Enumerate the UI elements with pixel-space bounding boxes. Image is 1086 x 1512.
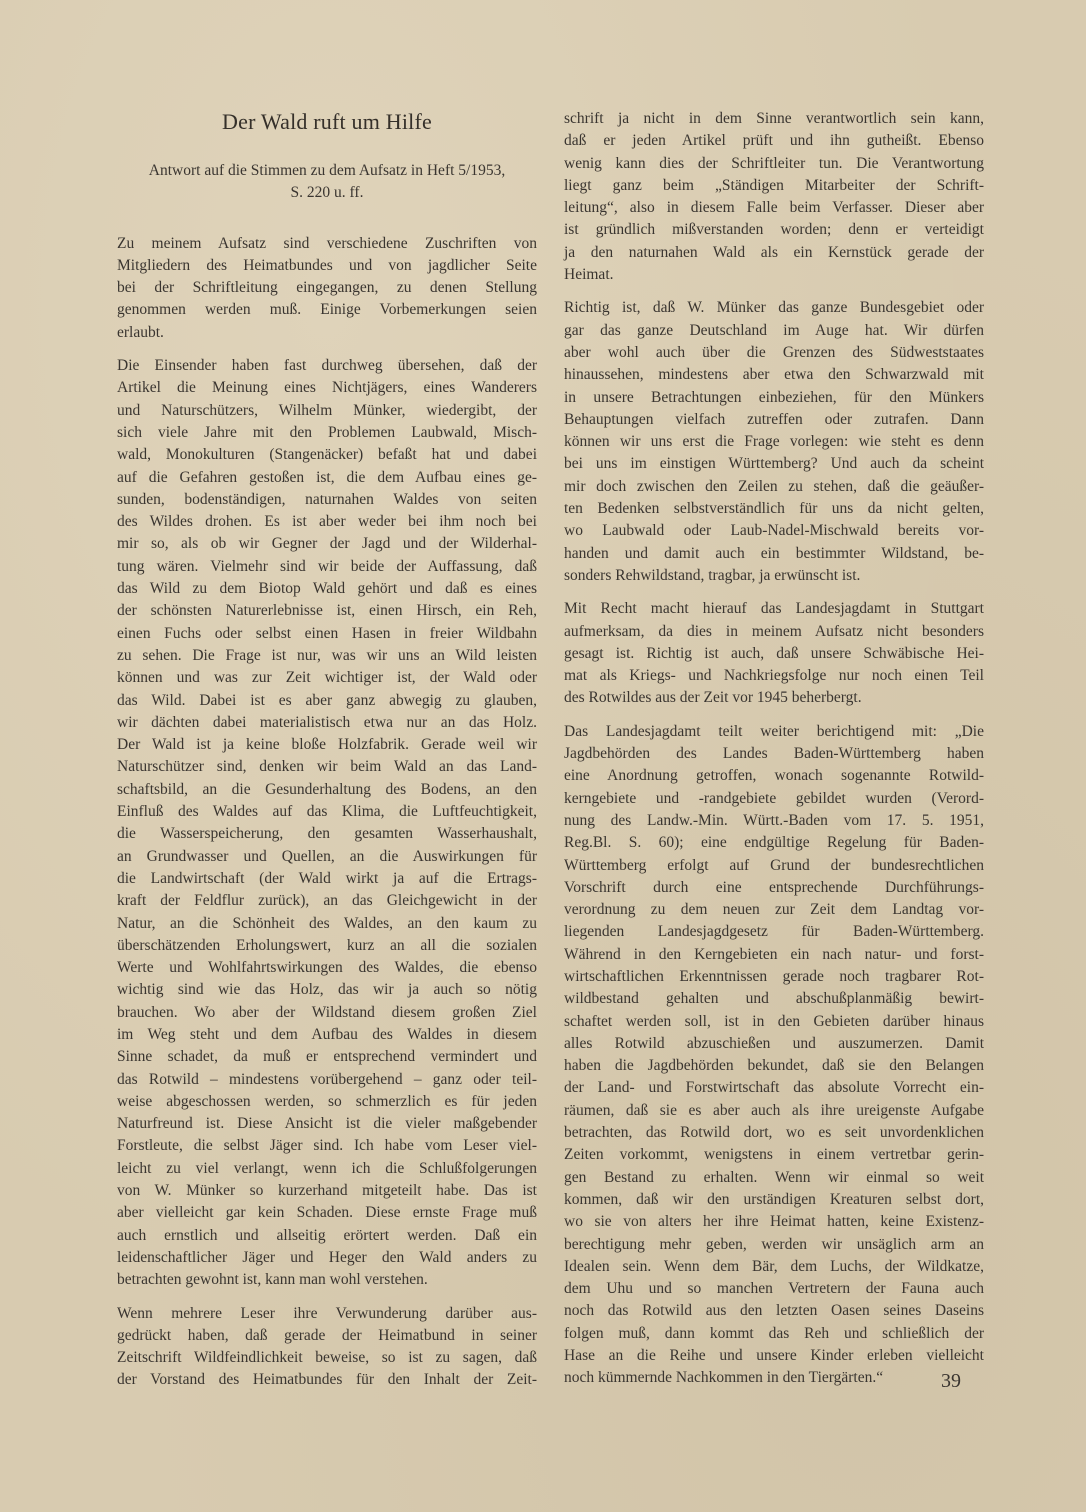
subtitle-line: S. 220 u. ff. bbox=[117, 182, 537, 204]
text-line: an Grundwasser und Quellen, an die Auswi… bbox=[117, 846, 537, 868]
text-line: ten Bedenken selbstverständlich für uns … bbox=[564, 498, 984, 520]
text-line: gesagt ist. Richtig ist auch, daß unsere… bbox=[564, 643, 984, 665]
text-line: Natur, an die Schönheit des Waldes, an d… bbox=[117, 913, 537, 935]
text-line: Behauptungen vielfach zutreffen oder zut… bbox=[564, 409, 984, 431]
text-line: Reg.Bl. S. 60); eine endgültige Regelung… bbox=[564, 832, 984, 854]
text-line: noch das Rotwild aus den letzten Oasen s… bbox=[564, 1300, 984, 1322]
text-line: Mit Recht macht hierauf das Landesjagdam… bbox=[564, 598, 984, 620]
text-line: leicht zu viel verlangt, wenn ich die Sc… bbox=[117, 1158, 537, 1180]
text-line: ist gründlich mißverstanden worden; denn… bbox=[564, 219, 984, 241]
text-line: alles Rotwild abzuschießen und auszumerz… bbox=[564, 1033, 984, 1055]
text-line: in unsere Betrachtungen einbeziehen, für… bbox=[564, 387, 984, 409]
text-line: Forstleute, die selbst Jäger sind. Ich h… bbox=[117, 1135, 537, 1157]
article-subtitle: Antwort auf die Stimmen zu dem Aufsatz i… bbox=[117, 160, 537, 205]
left-column-body: Zu meinem Aufsatz sind verschiedene Zusc… bbox=[117, 233, 537, 1392]
paragraph: Das Landesjagdamt teilt weiter berichtig… bbox=[564, 721, 984, 1390]
text-line: kraft der Feldflur zurück), an das Gleic… bbox=[117, 890, 537, 912]
text-line: im Weg steht und dem Aufbau des Waldes i… bbox=[117, 1024, 537, 1046]
text-line: bei der Schriftleitung eingegangen, zu d… bbox=[117, 277, 537, 299]
text-line: kommen, daß wir den urständigen Kreature… bbox=[564, 1189, 984, 1211]
text-line: daß er jeden Artikel prüft und ihn guthe… bbox=[564, 130, 984, 152]
text-line: noch kümmernde Nachkommen in den Tiergär… bbox=[564, 1367, 984, 1389]
text-line: Sinne schadet, da muß er entsprechend ve… bbox=[117, 1046, 537, 1068]
text-line: schaftet werden soll, ist in den Gebiete… bbox=[564, 1011, 984, 1033]
text-line: brauchen. Wo aber der Wildstand diesem g… bbox=[117, 1002, 537, 1024]
text-line: wichtig sind wie das Holz, das wir ja au… bbox=[117, 979, 537, 1001]
text-line: der Land- und Forstwirtschaft das absolu… bbox=[564, 1077, 984, 1099]
text-line: haben die Jagdbehörden bekundet, daß sie… bbox=[564, 1055, 984, 1077]
paragraph: Die Einsender haben fast durchweg überse… bbox=[117, 355, 537, 1291]
text-line: wirtschaftlichen Erkenntnissen gerade no… bbox=[564, 966, 984, 988]
text-line: Während in den Kerngebieten ein nach nat… bbox=[564, 944, 984, 966]
text-line: des Rotwildes aus der Zeit vor 1945 behe… bbox=[564, 687, 984, 709]
text-line: wir dächten dabei materialistisch etwa n… bbox=[117, 712, 537, 734]
paragraph: schrift ja nicht in dem Sinne verantwort… bbox=[564, 108, 984, 286]
text-line: auch ernstlich und allseitig erörtert we… bbox=[117, 1225, 537, 1247]
text-line: Naturschützer sind, denken wir beim Wald… bbox=[117, 756, 537, 778]
text-line: liegenden Landesjagdgesetz für Baden-Wür… bbox=[564, 921, 984, 943]
paragraph: Richtig ist, daß W. Münker das ganze Bun… bbox=[564, 297, 984, 587]
text-line: Heimat. bbox=[564, 264, 984, 286]
text-line: Richtig ist, daß W. Münker das ganze Bun… bbox=[564, 297, 984, 319]
text-line: schrift ja nicht in dem Sinne verantwort… bbox=[564, 108, 984, 130]
text-line: überschätzenden Erholungswert, kurz an a… bbox=[117, 935, 537, 957]
text-line: Jagdbehörden des Landes Baden-Württember… bbox=[564, 743, 984, 765]
text-line: dem Uhu und so manchen Vertretern der Fa… bbox=[564, 1278, 984, 1300]
text-line: leidenschaftlicher Jäger und Heger den W… bbox=[117, 1247, 537, 1269]
text-line: sunden, bodenständigen, naturnahen Walde… bbox=[117, 489, 537, 511]
text-line: der Vorstand des Heimatbundes für den In… bbox=[117, 1369, 537, 1391]
text-line: genommen werden muß. Einige Vorbemerkung… bbox=[117, 299, 537, 321]
text-line: Vorschrift durch eine entsprechende Durc… bbox=[564, 877, 984, 899]
text-line: einen Fuchs oder selbst einen Hasen in f… bbox=[117, 623, 537, 645]
text-line: sich viele Jahre mit den Problemen Laubw… bbox=[117, 422, 537, 444]
text-line: nung des Landw.-Min. Württ.-Baden vom 17… bbox=[564, 810, 984, 832]
paragraph: Zu meinem Aufsatz sind verschiedene Zusc… bbox=[117, 233, 537, 344]
text-line: wo sie von alters her ihre Heimat hatten… bbox=[564, 1211, 984, 1233]
document-page: Der Wald ruft um Hilfe Antwort auf die S… bbox=[0, 0, 1086, 1512]
left-column: Der Wald ruft um Hilfe Antwort auf die S… bbox=[117, 108, 537, 1403]
text-line: aber vielleicht gar kein Schaden. Diese … bbox=[117, 1202, 537, 1224]
text-line: verordnung zu dem neuen zur Zeit dem Lan… bbox=[564, 899, 984, 921]
text-line: gen Bestand zu erhalten. Wenn wir einmal… bbox=[564, 1167, 984, 1189]
text-line: die Landwirtschaft (der Wald wirkt ja au… bbox=[117, 868, 537, 890]
text-line: Die Einsender haben fast durchweg überse… bbox=[117, 355, 537, 377]
text-line: Das Landesjagdamt teilt weiter berichtig… bbox=[564, 721, 984, 743]
text-line: Der Wald ist ja keine bloße Holzfabrik. … bbox=[117, 734, 537, 756]
text-line: können und was zur Zeit wichtiger ist, d… bbox=[117, 667, 537, 689]
text-line: berechtigung mehr geben, werden wir unsä… bbox=[564, 1234, 984, 1256]
text-line: gar das ganze Deutschland im Auge hat. W… bbox=[564, 320, 984, 342]
paragraph: Wenn mehrere Leser ihre Verwunderung dar… bbox=[117, 1303, 537, 1392]
text-line: gedrückt haben, daß gerade der Heimatbun… bbox=[117, 1325, 537, 1347]
text-line: bei uns im einstigen Württemberg? Und au… bbox=[564, 453, 984, 475]
text-line: Zeiten vorkommt, wenigstens in einem ver… bbox=[564, 1144, 984, 1166]
page-number: 39 bbox=[941, 1370, 961, 1393]
text-line: des Wildes drohen. Es ist aber weder bei… bbox=[117, 511, 537, 533]
text-line: handen und damit auch ein bestimmter Wil… bbox=[564, 543, 984, 565]
text-line: erlaubt. bbox=[117, 322, 537, 344]
text-line: das Rotwild – mindestens vorübergehend –… bbox=[117, 1069, 537, 1091]
text-line: die Wasserspeicherung, den gesamten Wass… bbox=[117, 823, 537, 845]
text-line: auf die Gefahren gestoßen ist, die dem A… bbox=[117, 467, 537, 489]
text-line: das Wild zu dem Biotop Wald gehört und d… bbox=[117, 578, 537, 600]
text-line: Zeitschrift Wildfeindlichkeit beweise, s… bbox=[117, 1347, 537, 1369]
text-line: sonders Rehwildstand, tragbar, ja erwüns… bbox=[564, 565, 984, 587]
text-line: von W. Münker so kurzerhand mitgeteilt h… bbox=[117, 1180, 537, 1202]
text-line: mir doch zwischen den Zeilen zu stehen, … bbox=[564, 476, 984, 498]
text-line: Einfluß des Waldes auf das Klima, die Lu… bbox=[117, 801, 537, 823]
text-line: folgen muß, dann kommt das Reh und schli… bbox=[564, 1323, 984, 1345]
text-line: wald, Monokulturen (Stangenäcker) befaßt… bbox=[117, 444, 537, 466]
text-line: und Naturschützers, Wilhelm Münker, wied… bbox=[117, 400, 537, 422]
text-line: aufmerksam, da dies in meinem Aufsatz ni… bbox=[564, 621, 984, 643]
text-line: leitung“, also in diesem Falle beim Verf… bbox=[564, 197, 984, 219]
text-line: weise abgeschossen werden, so schmerzlic… bbox=[117, 1091, 537, 1113]
right-column: schrift ja nicht in dem Sinne verantwort… bbox=[564, 108, 984, 1401]
text-line: mir so, als ob wir Gegner der Jagd und d… bbox=[117, 533, 537, 555]
text-line: Wenn mehrere Leser ihre Verwunderung dar… bbox=[117, 1303, 537, 1325]
text-line: wildbestand gehalten und abschußplanmäßi… bbox=[564, 988, 984, 1010]
text-line: Hase an die Reihe und unsere Kinder erle… bbox=[564, 1345, 984, 1367]
text-line: Zu meinem Aufsatz sind verschiedene Zusc… bbox=[117, 233, 537, 255]
text-line: wo Laubwald oder Laub-Nadel-Mischwald be… bbox=[564, 520, 984, 542]
subtitle-line: Antwort auf die Stimmen zu dem Aufsatz i… bbox=[117, 160, 537, 182]
text-line: betrachten gewohnt ist, kann man wohl ve… bbox=[117, 1269, 537, 1291]
text-line: aber wohl auch über die Grenzen des Südw… bbox=[564, 342, 984, 364]
text-line: räumen, daß sie es aber auch als ihre ur… bbox=[564, 1100, 984, 1122]
text-line: Werte und Wohlfahrtswirkungen des Waldes… bbox=[117, 957, 537, 979]
text-line: betrachten, das Rotwild dort, wo es seit… bbox=[564, 1122, 984, 1144]
text-line: Artikel die Meinung eines Nichtjägers, e… bbox=[117, 377, 537, 399]
text-line: Idealen sein. Wenn dem Bär, dem Luchs, d… bbox=[564, 1256, 984, 1278]
text-line: tung wären. Vielmehr sind wir beide der … bbox=[117, 556, 537, 578]
text-line: schaftsbild, an die Gesunderhaltung des … bbox=[117, 779, 537, 801]
text-line: der schönsten Naturerlebnisse ist, einen… bbox=[117, 600, 537, 622]
text-line: liegt ganz beim „Ständigen Mitarbeiter d… bbox=[564, 175, 984, 197]
text-line: kerngebiete und -randgebiete gebildet wu… bbox=[564, 788, 984, 810]
text-line: Mitgliedern des Heimatbundes und von jag… bbox=[117, 255, 537, 277]
right-column-body: schrift ja nicht in dem Sinne verantwort… bbox=[564, 108, 984, 1390]
text-line: können wir uns erst die Frage vorlegen: … bbox=[564, 431, 984, 453]
text-line: das Wild. Dabei ist es aber ganz abwegig… bbox=[117, 690, 537, 712]
text-line: hinaussehen, mindestens aber etwa den Sc… bbox=[564, 364, 984, 386]
text-line: Naturfreund ist. Diese Ansicht ist die v… bbox=[117, 1113, 537, 1135]
article-title: Der Wald ruft um Hilfe bbox=[117, 108, 537, 136]
text-line: wenig kann dies der Schriftleiter tun. D… bbox=[564, 153, 984, 175]
text-line: ja den naturnahen Wald als ein Kernstück… bbox=[564, 242, 984, 264]
text-line: mat als Kriegs- und Nachkriegsfolge nur … bbox=[564, 665, 984, 687]
text-line: zu sehen. Die Frage ist nur, was wir uns… bbox=[117, 645, 537, 667]
text-line: eine Anordnung getroffen, wonach sogenan… bbox=[564, 765, 984, 787]
paragraph: Mit Recht macht hierauf das Landesjagdam… bbox=[564, 598, 984, 709]
text-line: Württemberg erfolgt auf Grund der bundes… bbox=[564, 855, 984, 877]
